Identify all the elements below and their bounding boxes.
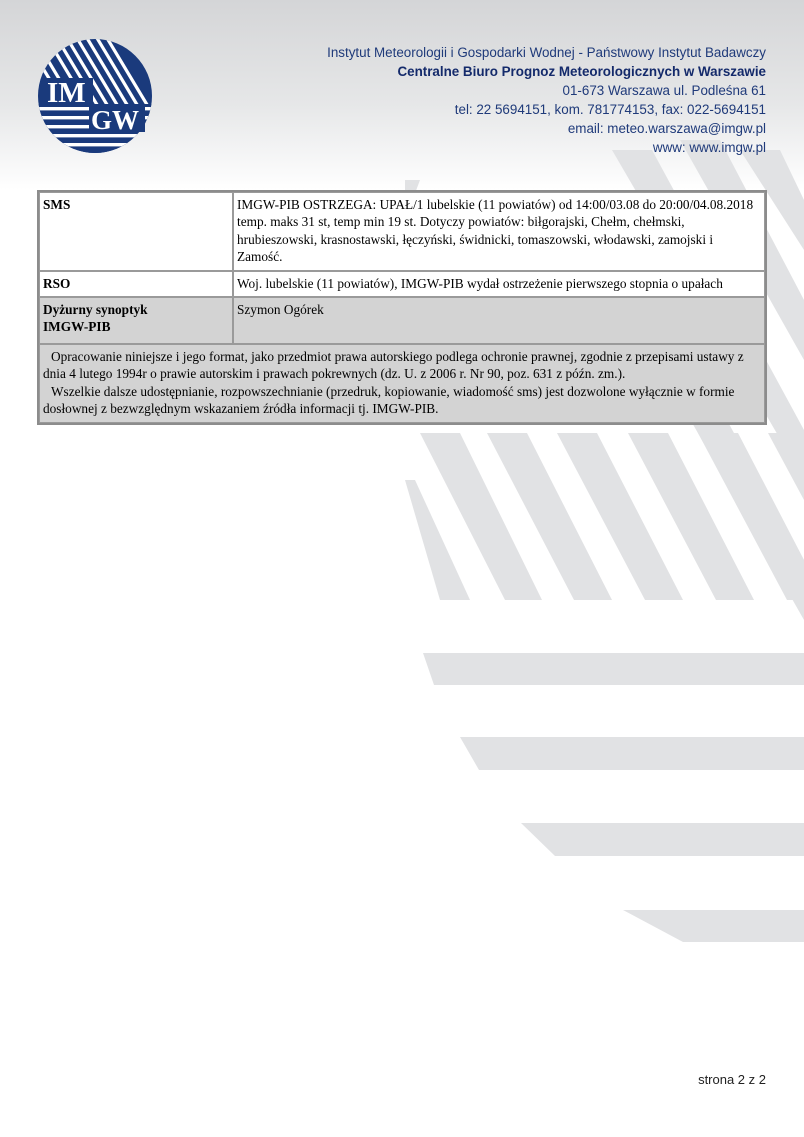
rso-label: RSO [39, 271, 233, 297]
copyright-note: Opracowanie niniejsze i jego format, jak… [39, 344, 765, 423]
forecaster-label-line2: IMGW-PIB [43, 318, 229, 335]
page-number: strona 2 z 2 [698, 1072, 766, 1087]
svg-text:IM: IM [47, 77, 86, 109]
sms-label: SMS [39, 192, 233, 271]
address: 01-673 Warszawa ul. Podleśna 61 [327, 81, 766, 100]
forecaster-label: Dyżurny synoptyk IMGW-PIB [39, 297, 233, 344]
warning-table: SMS IMGW-PIB OSTRZEGA: UPAŁ/1 lubelskie … [37, 190, 767, 425]
copyright-paragraph: Opracowanie niniejsze i jego format, jak… [43, 348, 761, 383]
table-row-forecaster: Dyżurny synoptyk IMGW-PIB Szymon Ogórek [39, 297, 765, 344]
svg-text:GW: GW [91, 105, 139, 135]
phone-info: tel: 22 5694151, kom. 781774153, fax: 02… [327, 100, 766, 119]
institute-name: Instytut Meteorologii i Gospodarki Wodne… [327, 43, 766, 62]
rso-value: Woj. lubelskie (11 powiatów), IMGW-PIB w… [233, 271, 765, 297]
table-row-sms: SMS IMGW-PIB OSTRZEGA: UPAŁ/1 lubelskie … [39, 192, 765, 271]
email-link[interactable]: email: meteo.warszawa@imgw.pl [327, 119, 766, 138]
sms-value: IMGW-PIB OSTRZEGA: UPAŁ/1 lubelskie (11 … [233, 192, 765, 271]
forecaster-name: Szymon Ogórek [233, 297, 765, 344]
imgw-logo: IM GW [37, 38, 153, 154]
table-row-copyright: Opracowanie niniejsze i jego format, jak… [39, 344, 765, 423]
background-stripes-decoration [0, 0, 804, 1137]
forecaster-label-line1: Dyżurny synoptyk [43, 301, 229, 318]
website-link[interactable]: www: www.imgw.pl [327, 138, 766, 157]
table-row-rso: RSO Woj. lubelskie (11 powiatów), IMGW-P… [39, 271, 765, 297]
bureau-name: Centralne Biuro Prognoz Meteorologicznyc… [327, 62, 766, 81]
usage-paragraph: Wszelkie dalsze udostępnianie, rozpowsze… [43, 383, 761, 418]
organization-info: Instytut Meteorologii i Gospodarki Wodne… [327, 43, 766, 157]
